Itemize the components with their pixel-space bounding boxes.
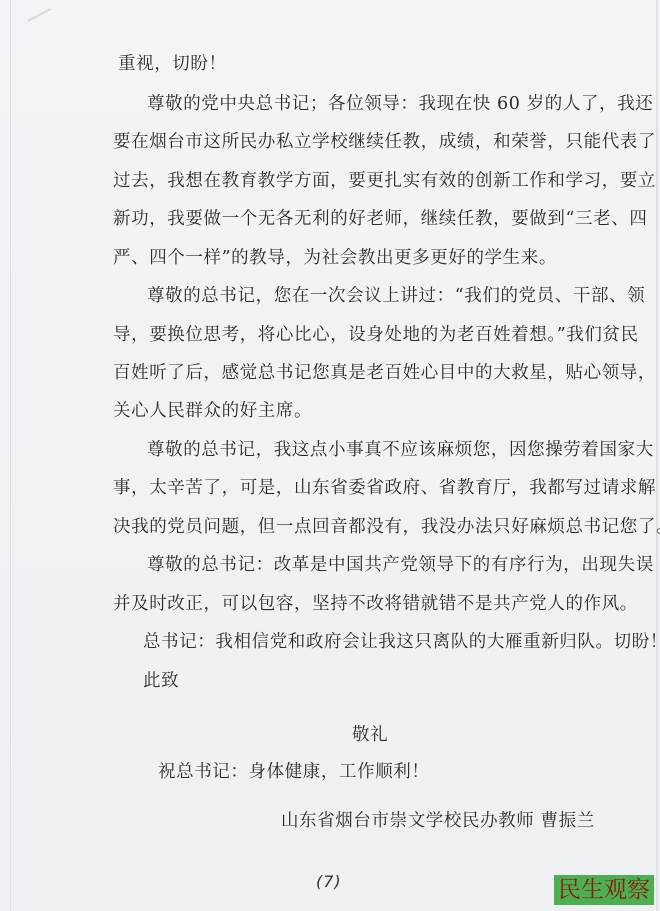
scanned-letter-page: 重视，切盼！尊敬的党中央总书记；各位领导：我现在快 60 岁的人了，我还要在烟台… [0, 0, 660, 911]
letter-line: 尊敬的总书记：改革是中国共产党领导下的有序行为，出现失误 [147, 554, 654, 576]
page-number: (7) [316, 872, 342, 891]
letter-line: 百姓听了后，感觉总书记您真是老百姓心目中的大救星，贴心领导， [113, 362, 656, 384]
letter-line: 事，太辛苦了，可是，山东省委省政府、省教育厅，我都写过请求解 [113, 477, 656, 499]
letter-line: 新功，我要做一个无各无利的好老师，继续任教，要做到“三老、四 [113, 208, 647, 230]
page-edge-left [10, 0, 11, 911]
letter-line: 过去，我想在教育教学方面，要更扎实有效的创新工作和学习，要立 [113, 170, 656, 192]
page-edge-right [656, 0, 658, 911]
letter-line: 尊敬的总书记，我这点小事真不应该麻烦您，因您操劳着国家大 [147, 439, 654, 461]
letter-line: 严、四个一样”的教导，为社会教出更多更好的学生来。 [113, 247, 557, 269]
letter-line: 重视，切盼！ [118, 53, 227, 75]
letter-line: 导，要换位思考，将心比心，设身处地的为老百姓着想。”我们贫民 [113, 324, 639, 346]
letter-line: 要在烟台市这所民办私立学校继续任教，成绩，和荣誉，只能代表了 [113, 131, 656, 153]
letter-line: 山东省烟台市崇文学校民办教师 曹振兰 [281, 810, 595, 832]
watermark-badge: 民生观察 [554, 875, 654, 905]
letter-line: 决我的党员问题，但一点回音都没有，我没办法只好麻烦总书记您了。 [113, 516, 660, 538]
letter-line: 尊敬的总书记，您在一次会议上讲过：“我们的党员、干部、领 [147, 285, 645, 307]
scan-artifact-mark [27, 8, 51, 22]
letter-line: 祝总书记：身体健康，工作顺利！ [158, 761, 430, 783]
letter-line: 总书记：我相信党和政府会让我这只离队的大雁重新归队。切盼！ [143, 631, 660, 653]
letter-line: 关心人民群众的好主席。 [113, 400, 312, 422]
letter-line: 并及时改正，可以包容，坚持不改将错就错不是共产党人的作风。 [113, 593, 638, 615]
letter-line: 敬礼 [352, 724, 388, 746]
letter-line: 尊敬的党中央总书记；各位领导：我现在快 60 岁的人了，我还 [147, 93, 653, 115]
letter-line: 此致 [143, 670, 179, 692]
